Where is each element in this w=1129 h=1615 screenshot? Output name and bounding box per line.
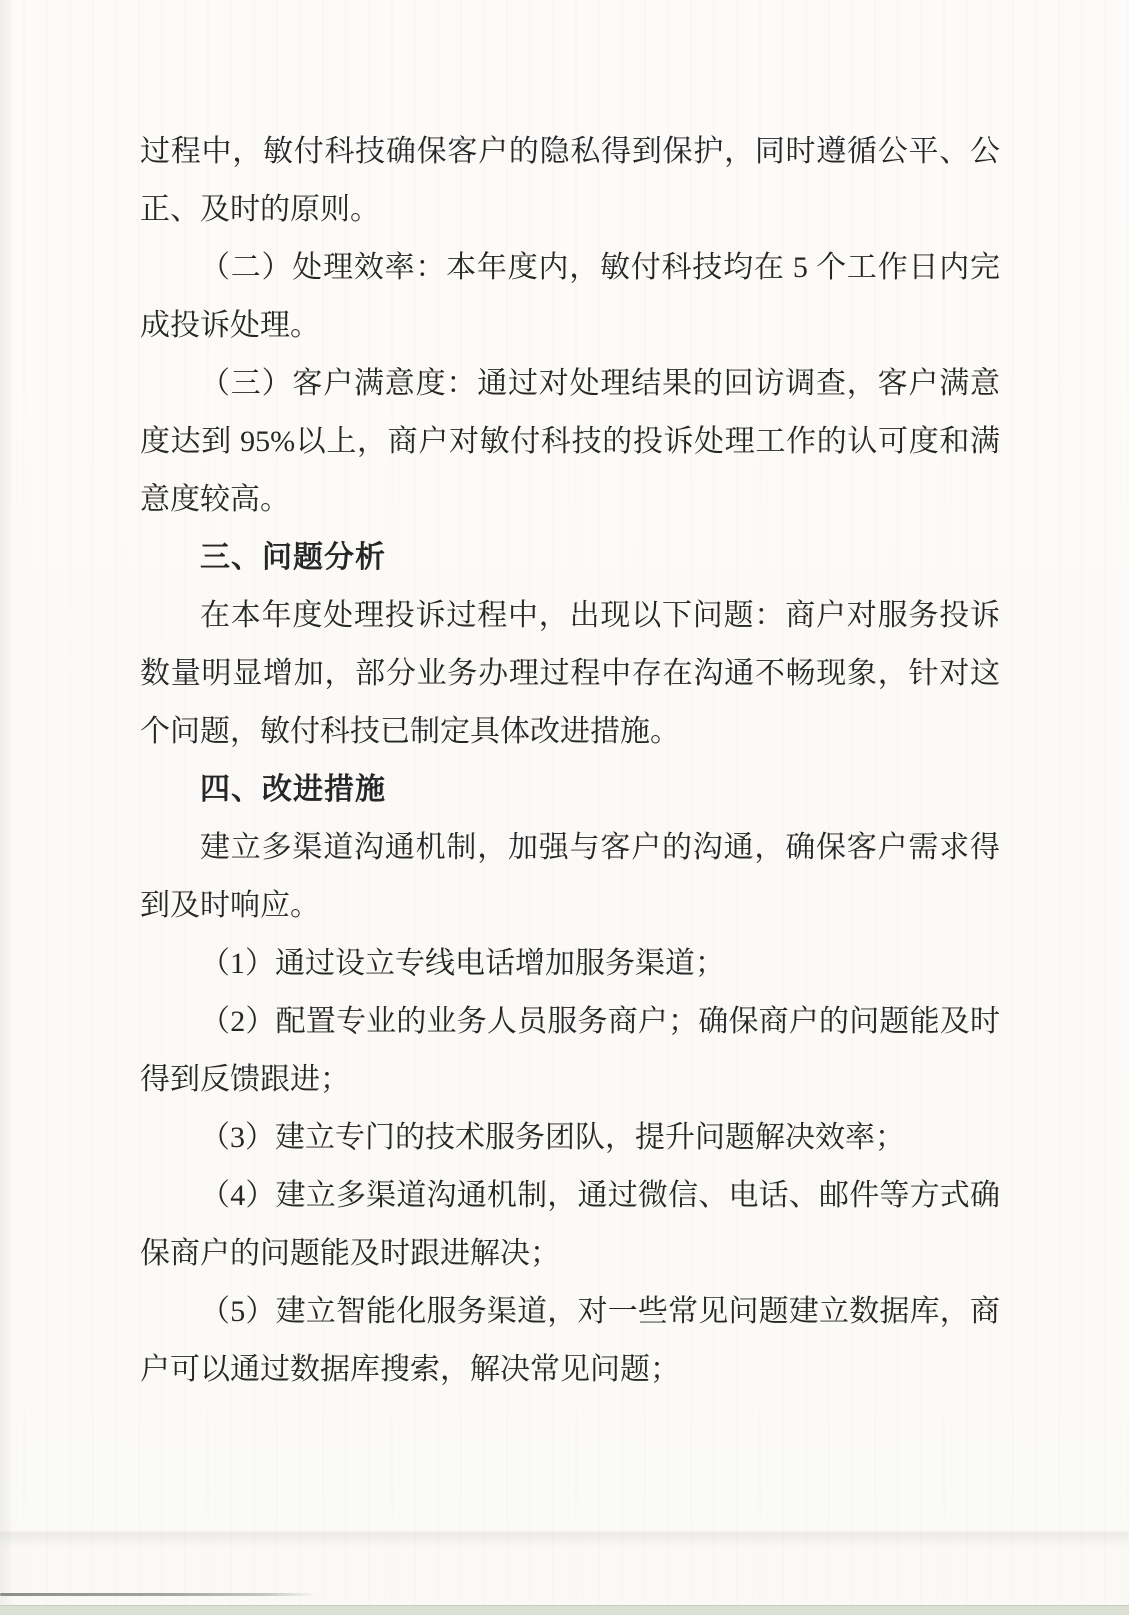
paragraph-problem-analysis: 在本年度处理投诉过程中，出现以下问题：商户对服务投诉数量明显增加，部分业务办理过… <box>140 587 1000 761</box>
scanner-bottom-edge <box>0 1605 1129 1615</box>
paragraph-measure-4: （4）建立多渠道沟通机制，通过微信、电话、邮件等方式确保商户的问题能及时跟进解决… <box>140 1167 1000 1283</box>
paragraph-continuation: 过程中，敏付科技确保客户的隐私得到保护，同时遵循公平、公正、及时的原则。 <box>140 123 1000 239</box>
paragraph-handling-efficiency: （二）处理效率：本年度内，敏付科技均在 5 个工作日内完成投诉处理。 <box>140 239 1000 355</box>
paragraph-measure-1: （1）通过设立专线电话增加服务渠道； <box>140 935 1000 993</box>
scan-shadow-artifact <box>0 1532 1129 1548</box>
section-heading-improvement-measures: 四、改进措施 <box>140 761 1000 819</box>
document-body: 过程中，敏付科技确保客户的隐私得到保护，同时遵循公平、公正、及时的原则。 （二）… <box>140 123 1000 1399</box>
paragraph-measure-2: （2）配置专业的业务人员服务商户；确保商户的问题能及时得到反馈跟进； <box>140 993 1000 1109</box>
scan-line-artifact <box>0 1593 316 1596</box>
paragraph-measure-3: （3）建立专门的技术服务团队，提升问题解决效率； <box>140 1109 1000 1167</box>
page-left-edge-shadow <box>0 0 13 1615</box>
paragraph-improvement-intro: 建立多渠道沟通机制，加强与客户的沟通，确保客户需求得到及时响应。 <box>140 819 1000 935</box>
section-heading-problem-analysis: 三、问题分析 <box>140 529 1000 587</box>
paragraph-customer-satisfaction: （三）客户满意度：通过对处理结果的回访调查，客户满意度达到 95%以上，商户对敏… <box>140 355 1000 529</box>
paragraph-measure-5: （5）建立智能化服务渠道，对一些常见问题建立数据库，商户可以通过数据库搜索，解决… <box>140 1283 1000 1399</box>
scanned-page: 过程中，敏付科技确保客户的隐私得到保护，同时遵循公平、公正、及时的原则。 （二）… <box>0 0 1129 1615</box>
